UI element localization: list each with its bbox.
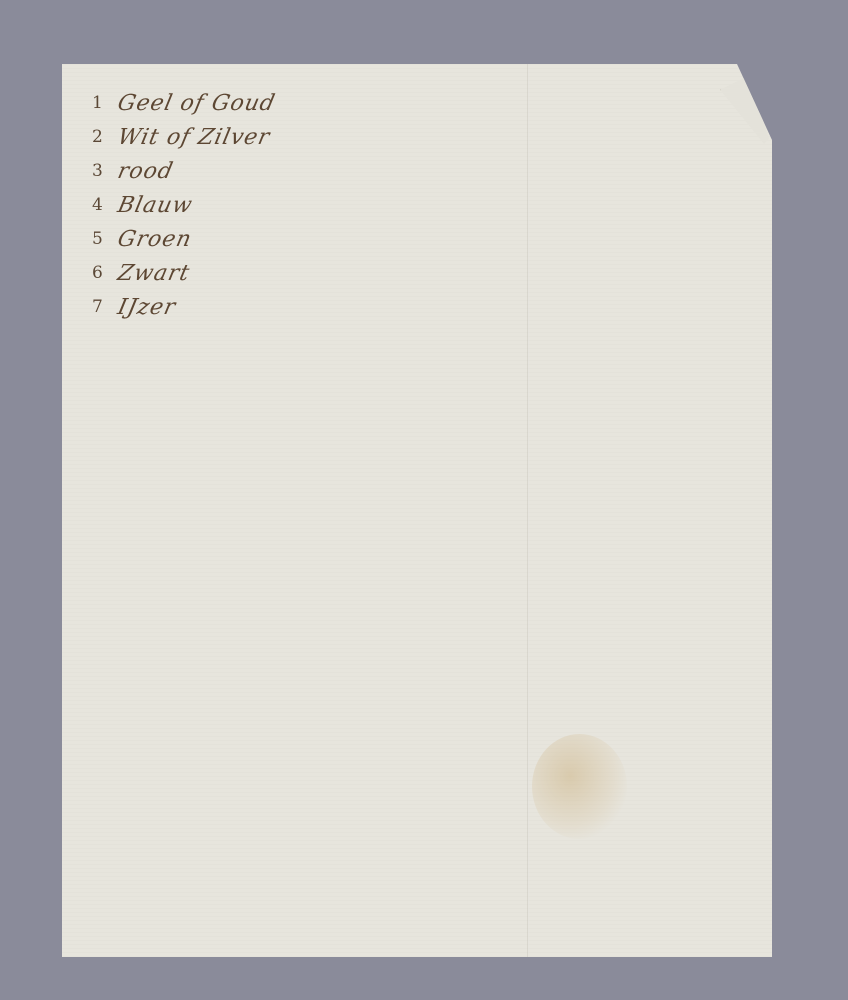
list-item: 4 Blauw xyxy=(92,188,275,222)
item-text: Groen xyxy=(115,227,194,252)
folded-corner xyxy=(720,76,769,144)
item-number: 6 xyxy=(92,263,118,283)
item-text: Geel of Goud xyxy=(115,91,277,116)
vertical-fold-line xyxy=(527,64,529,957)
color-list: 1 Geel of Goud 2 Wit of Zilver 3 rood 4 … xyxy=(92,86,275,324)
item-text: Wit of Zilver xyxy=(115,125,272,150)
list-item: 7 IJzer xyxy=(92,290,275,324)
item-text: IJzer xyxy=(115,295,178,320)
list-item: 6 Zwart xyxy=(92,256,275,290)
list-item: 1 Geel of Goud xyxy=(92,86,275,120)
item-number: 7 xyxy=(92,297,118,317)
manuscript-page: 1 Geel of Goud 2 Wit of Zilver 3 rood 4 … xyxy=(62,64,772,957)
item-number: 3 xyxy=(92,161,118,181)
list-item: 3 rood xyxy=(92,154,275,188)
item-number: 5 xyxy=(92,229,118,249)
item-text: rood xyxy=(115,159,175,184)
item-number: 2 xyxy=(92,127,118,147)
item-text: Blauw xyxy=(115,193,195,218)
item-number: 4 xyxy=(92,195,118,215)
item-text: Zwart xyxy=(115,261,192,286)
list-item: 2 Wit of Zilver xyxy=(92,120,275,154)
item-number: 1 xyxy=(92,93,118,113)
foxing-stain xyxy=(532,734,627,839)
list-item: 5 Groen xyxy=(92,222,275,256)
